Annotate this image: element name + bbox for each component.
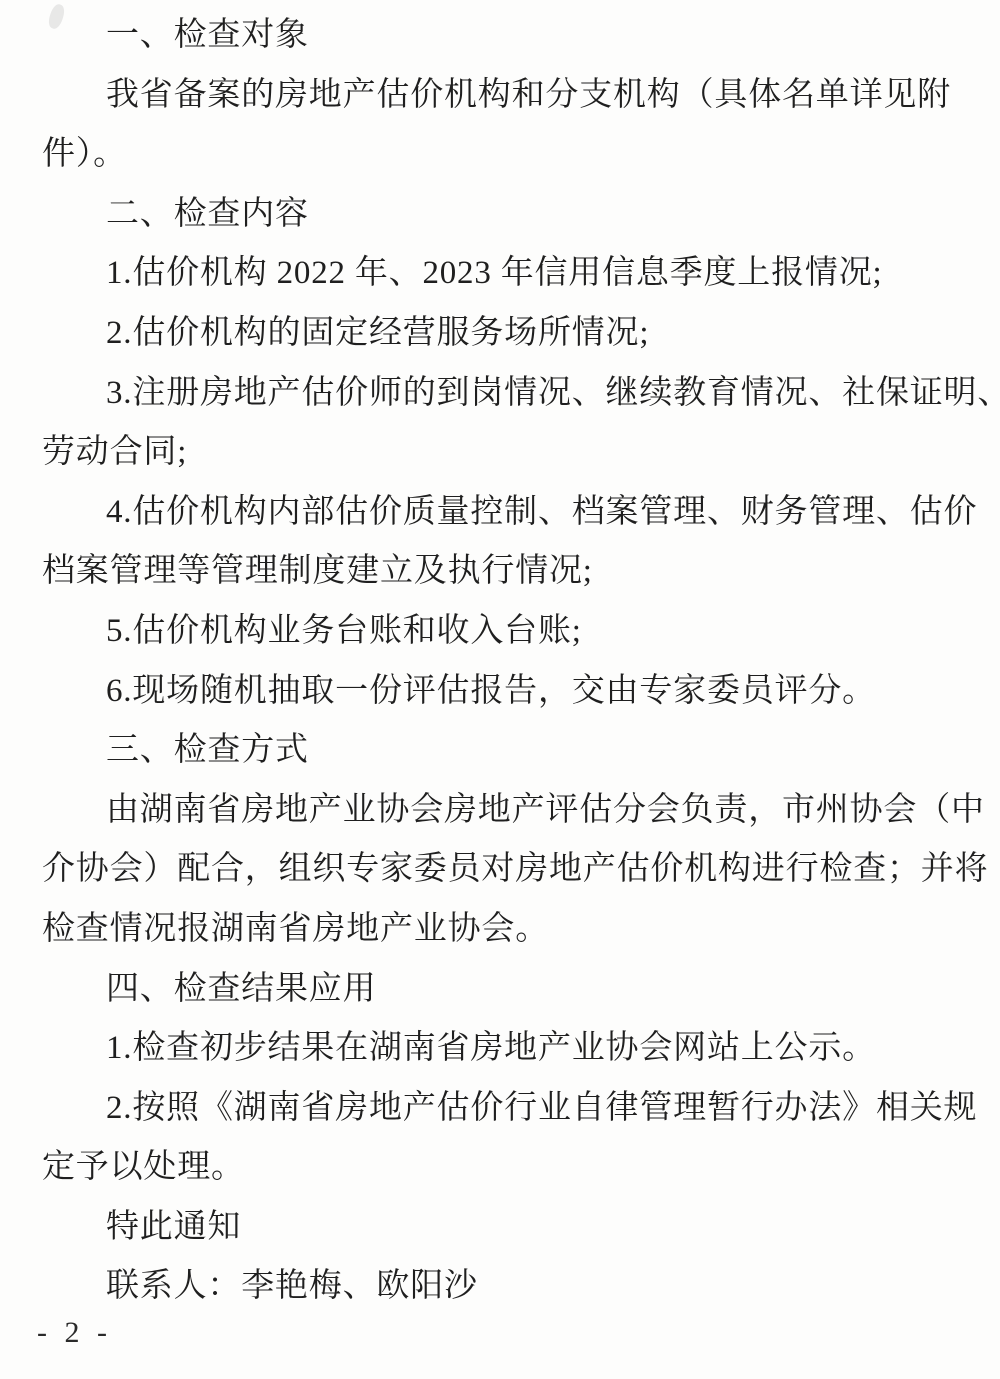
closing-notice: 特此通知: [42, 1198, 958, 1258]
para-inspection-targets-line-2: 件）。: [42, 125, 958, 185]
page-number: - 2 -: [37, 1316, 112, 1350]
item-2-2: 2.估价机构的固定经营服务场所情况;: [42, 304, 958, 364]
item-2-4-line-2: 档案管理等管理制度建立及执行情况;: [42, 542, 958, 602]
para-method-line-3: 检查情况报湖南省房地产业协会。: [42, 900, 958, 960]
item-2-3-line-1: 3.注册房地产估价师的到岗情况、继续教育情况、社保证明、: [42, 364, 958, 424]
heading-section-1: 一、检查对象: [42, 6, 958, 66]
document-body: 一、检查对象 我省备案的房地产估价机构和分支机构（具体名单详见附 件）。 二、检…: [42, 6, 958, 1317]
item-4-1: 1.检查初步结果在湖南省房地产业协会网站上公示。: [42, 1019, 958, 1079]
item-2-5: 5.估价机构业务台账和收入台账;: [42, 602, 958, 662]
heading-section-3: 三、检查方式: [42, 721, 958, 781]
para-method-line-2: 介协会）配合，组织专家委员对房地产估价机构进行检查；并将: [42, 840, 958, 900]
contacts-line: 联系人：李艳梅、欧阳沙: [42, 1257, 958, 1317]
item-2-6: 6.现场随机抽取一份评估报告，交由专家委员评分。: [42, 662, 958, 722]
heading-section-2: 二、检查内容: [42, 185, 958, 245]
item-2-4-line-1: 4.估价机构内部估价质量控制、档案管理、财务管理、估价: [42, 483, 958, 543]
item-2-3-line-2: 劳动合同;: [42, 423, 958, 483]
item-2-1: 1.估价机构 2022 年、2023 年信用信息季度上报情况;: [42, 244, 958, 304]
item-4-2-line-1: 2.按照《湖南省房地产估价行业自律管理暂行办法》相关规: [42, 1079, 958, 1139]
para-inspection-targets-line-1: 我省备案的房地产估价机构和分支机构（具体名单详见附: [42, 66, 958, 126]
heading-section-4: 四、检查结果应用: [42, 960, 958, 1020]
document-page: 一、检查对象 我省备案的房地产估价机构和分支机构（具体名单详见附 件）。 二、检…: [0, 0, 1000, 1379]
para-method-line-1: 由湖南省房地产业协会房地产评估分会负责，市州协会（中: [42, 781, 958, 841]
item-4-2-line-2: 定予以处理。: [42, 1138, 958, 1198]
